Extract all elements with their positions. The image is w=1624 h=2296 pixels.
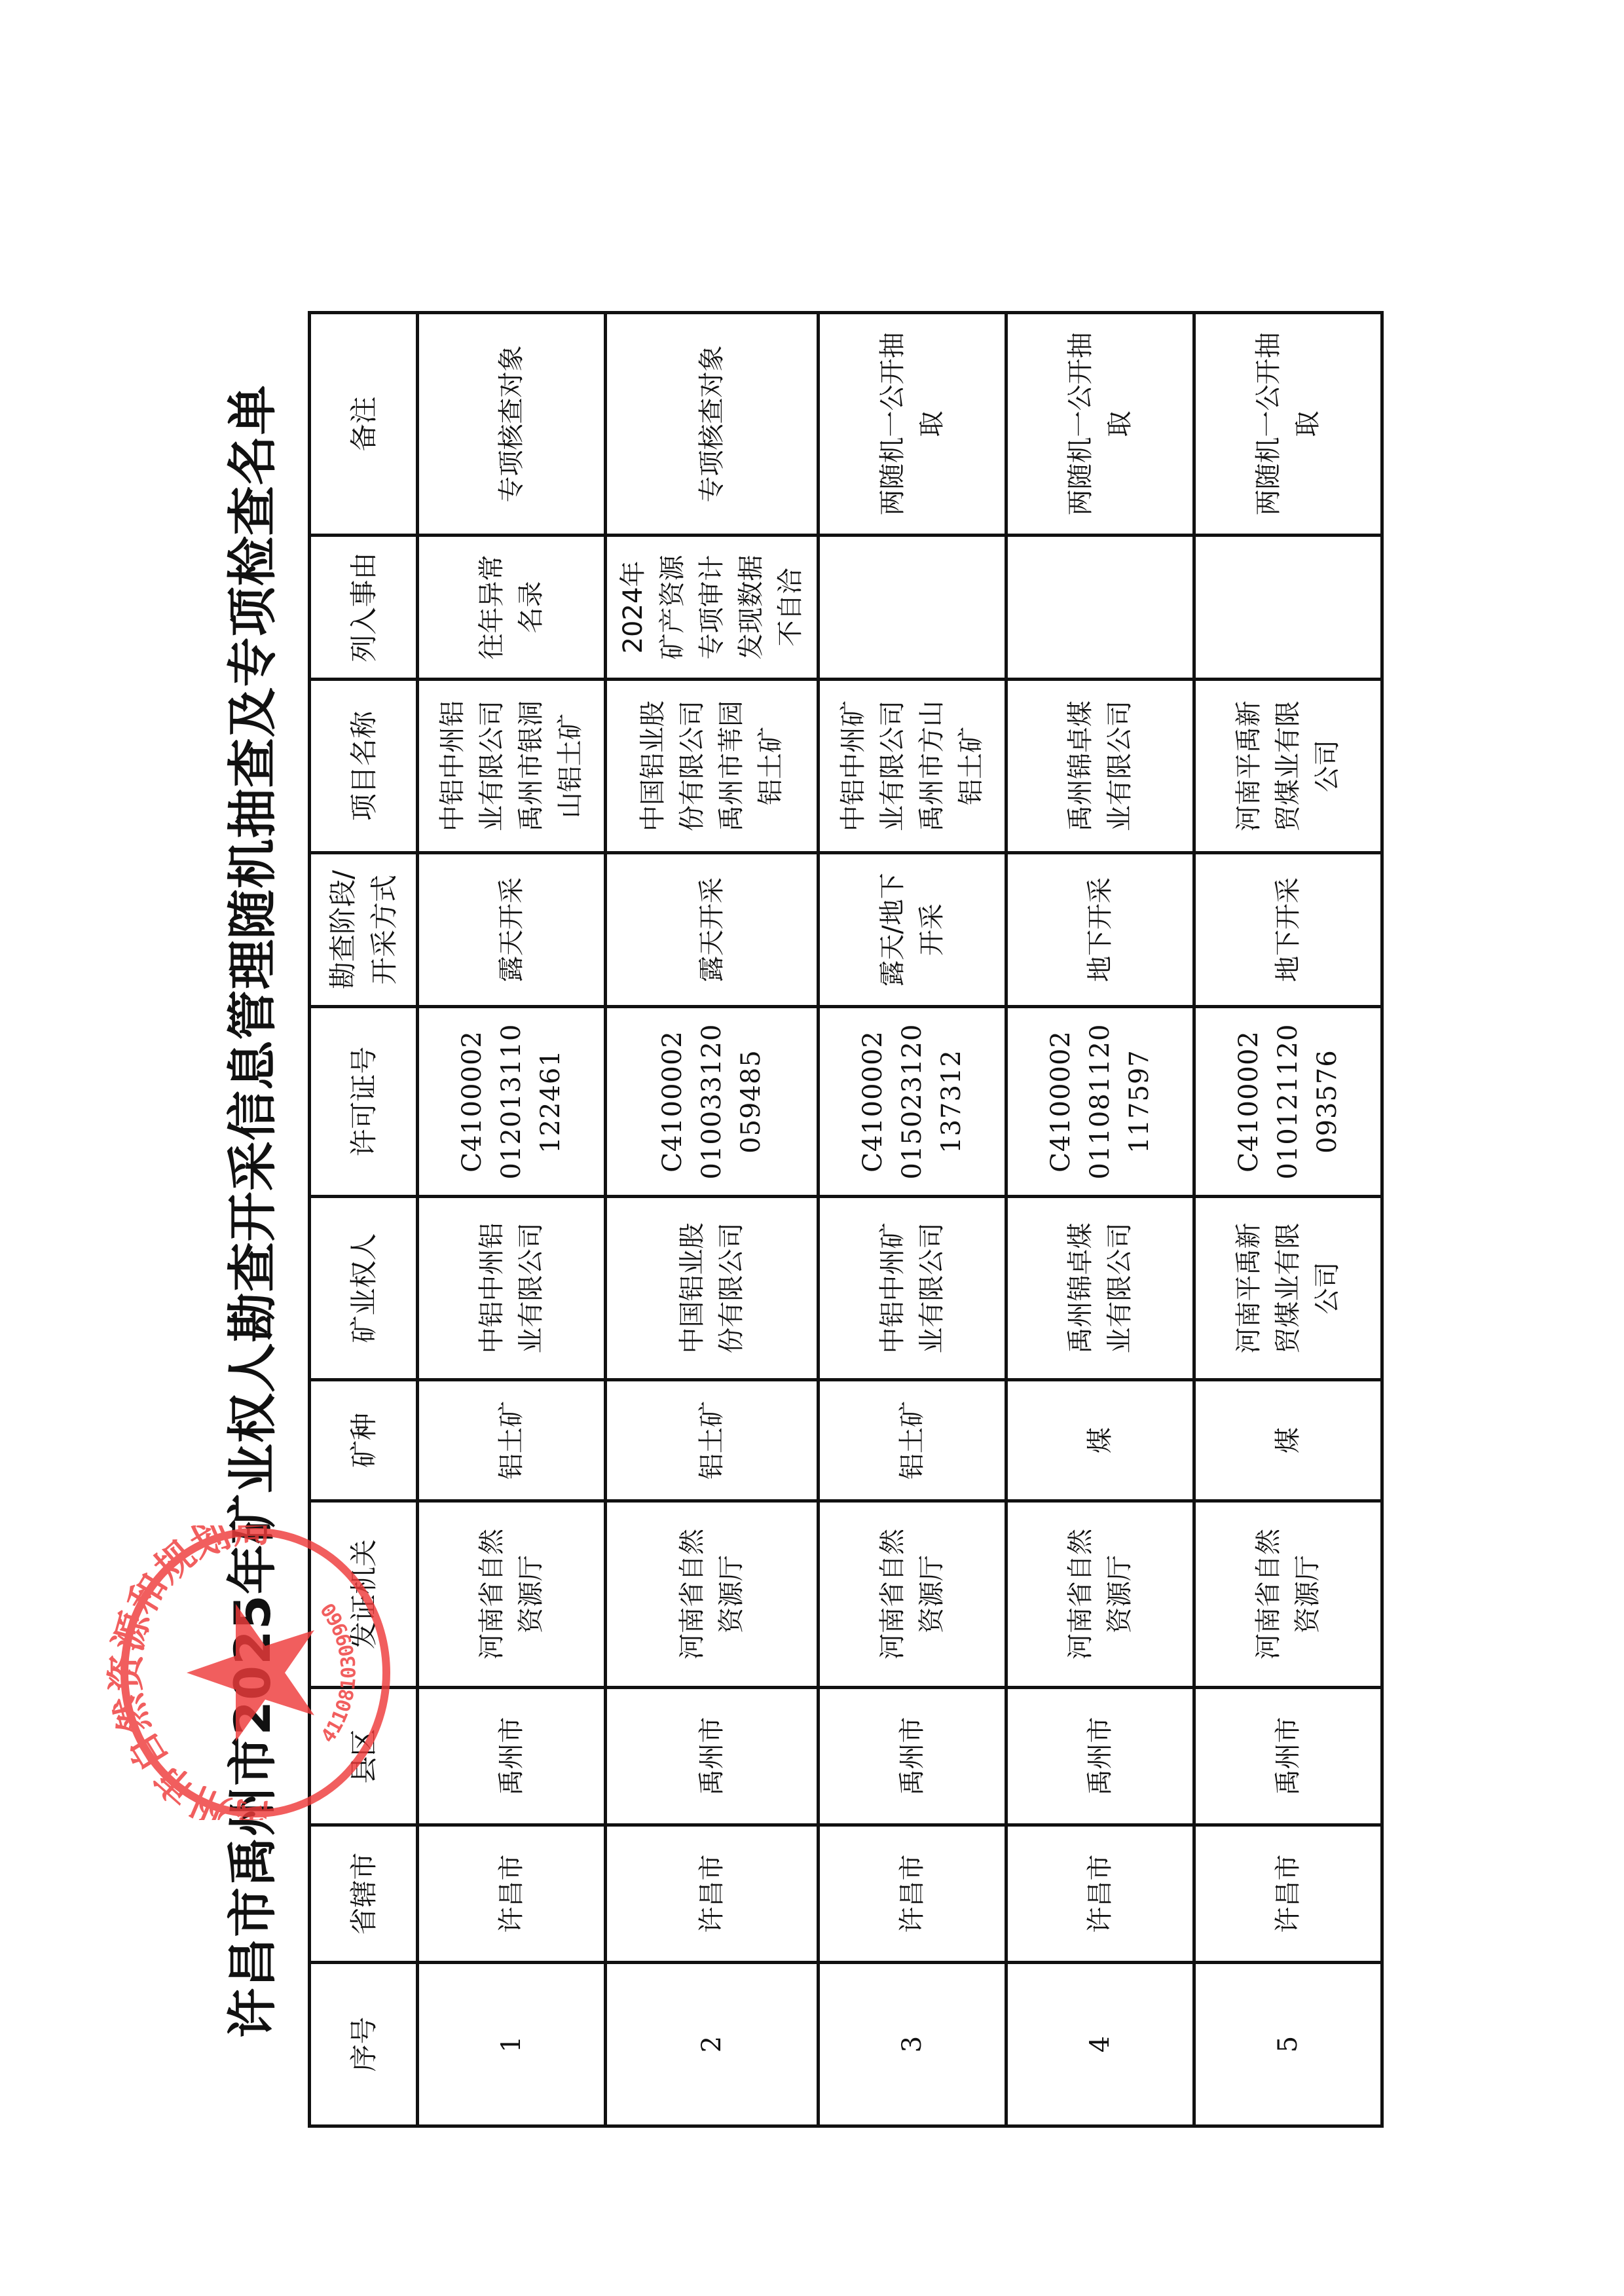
cell-holder: 中铝中州铝业有限公司 [418,1197,606,1380]
cell-project: 中铝中州铝业有限公司禹州市银洞山铝土矿 [418,680,606,853]
cell-method: 地下开采 [1194,853,1382,1007]
cell-holder: 中铝中州矿业有限公司 [819,1197,1006,1380]
cell-reason: 2024年矿产资源专项审计发现数据不自洽 [606,536,819,680]
header-project: 项目名称 [310,680,418,853]
rotated-sheet: 许昌市禹州市2025年矿业权人勘查开采信息管理随机抽查及专项检查名单 序号 省辖… [190,223,1369,2160]
cell-method: 地下开采 [1006,853,1194,1007]
cell-project: 中铝中州矿业有限公司禹州市方山铝土矿 [819,680,1006,853]
cell-no: 4 [1006,1963,1194,2126]
header-reason: 列入事由 [310,536,418,680]
header-county: 县区 [310,1688,418,1825]
header-method: 勘查阶段/开采方式 [310,853,418,1007]
header-no: 序号 [310,1963,418,2126]
cell-county: 禹州市 [1194,1688,1382,1825]
header-permit: 许可证号 [310,1007,418,1197]
cell-no: 5 [1194,1963,1382,2126]
cell-mineral: 铝土矿 [819,1380,1006,1501]
cell-project: 河南平禹新贸煤业有限公司 [1194,680,1382,853]
cell-permit: C4100002012013110122461 [418,1007,606,1197]
cell-remark: 两随机一公开抽取 [819,313,1006,536]
table-row: 4 许昌市 禹州市 河南省自然资源厅 煤 禹州锦卓煤业有限公司 C4100002… [1006,313,1194,2126]
cell-no: 2 [606,1963,819,2126]
cell-project: 中国铝业股份有限公司禹州市苇园铝土矿 [606,680,819,853]
header-issuer: 发证机关 [310,1501,418,1688]
cell-city: 许昌市 [418,1825,606,1963]
cell-holder: 禹州锦卓煤业有限公司 [1006,1197,1194,1380]
header-remark: 备注 [310,313,418,536]
cell-city: 许昌市 [606,1825,819,1963]
cell-city: 许昌市 [1194,1825,1382,1963]
cell-reason [1194,536,1382,680]
cell-reason [1006,536,1194,680]
cell-remark: 两随机一公开抽取 [1194,313,1382,536]
cell-county: 禹州市 [1006,1688,1194,1825]
cell-mineral: 铝土矿 [418,1380,606,1501]
table-row: 2 许昌市 禹州市 河南省自然资源厅 铝土矿 中国铝业股份有限公司 C41000… [606,313,819,2126]
table-header-row: 序号 省辖市 县区 发证机关 矿种 矿业权人 许可证号 勘查阶段/开采方式 项目… [310,313,418,2126]
cell-issuer: 河南省自然资源厅 [1006,1501,1194,1688]
cell-permit: C4100002010033120059485 [606,1007,819,1197]
cell-holder: 中国铝业股份有限公司 [606,1197,819,1380]
cell-mineral: 煤 [1006,1380,1194,1501]
cell-project: 禹州锦卓煤业有限公司 [1006,680,1194,853]
cell-city: 许昌市 [1006,1825,1194,1963]
document-title: 许昌市禹州市2025年矿业权人勘查开采信息管理随机抽查及专项检查名单 [213,295,284,2128]
cell-method: 露天/地下开采 [819,853,1006,1007]
cell-county: 禹州市 [606,1688,819,1825]
cell-issuer: 河南省自然资源厅 [819,1501,1006,1688]
cell-remark: 两随机一公开抽取 [1006,313,1194,536]
cell-reason: 往年异常名录 [418,536,606,680]
header-city: 省辖市 [310,1825,418,1963]
cell-permit: C4100002011081120117597 [1006,1007,1194,1197]
cell-city: 许昌市 [819,1825,1006,1963]
table-row: 1 许昌市 禹州市 河南省自然资源厅 铝土矿 中铝中州铝业有限公司 C41000… [418,313,606,2126]
cell-county: 禹州市 [819,1688,1006,1825]
cell-issuer: 河南省自然资源厅 [606,1501,819,1688]
cell-remark: 专项核查对象 [606,313,819,536]
cell-mineral: 铝土矿 [606,1380,819,1501]
cell-no: 1 [418,1963,606,2126]
cell-county: 禹州市 [418,1688,606,1825]
table-row: 3 许昌市 禹州市 河南省自然资源厅 铝土矿 中铝中州矿业有限公司 C41000… [819,313,1006,2126]
cell-permit: C4100002010121120093576 [1194,1007,1382,1197]
cell-permit: C4100002015023120137312 [819,1007,1006,1197]
cell-no: 3 [819,1963,1006,2126]
cell-remark: 专项核查对象 [418,313,606,536]
cell-mineral: 煤 [1194,1380,1382,1501]
table-row: 5 许昌市 禹州市 河南省自然资源厅 煤 河南平禹新贸煤业有限公司 C41000… [1194,313,1382,2126]
cell-issuer: 河南省自然资源厅 [418,1501,606,1688]
cell-reason [819,536,1006,680]
cell-method: 露天开采 [606,853,819,1007]
cell-holder: 河南平禹新贸煤业有限公司 [1194,1197,1382,1380]
header-mineral: 矿种 [310,1380,418,1501]
cell-issuer: 河南省自然资源厅 [1194,1501,1382,1688]
inspection-list-table: 序号 省辖市 县区 发证机关 矿种 矿业权人 许可证号 勘查阶段/开采方式 项目… [308,311,1384,2128]
header-holder: 矿业权人 [310,1197,418,1380]
cell-method: 露天开采 [418,853,606,1007]
